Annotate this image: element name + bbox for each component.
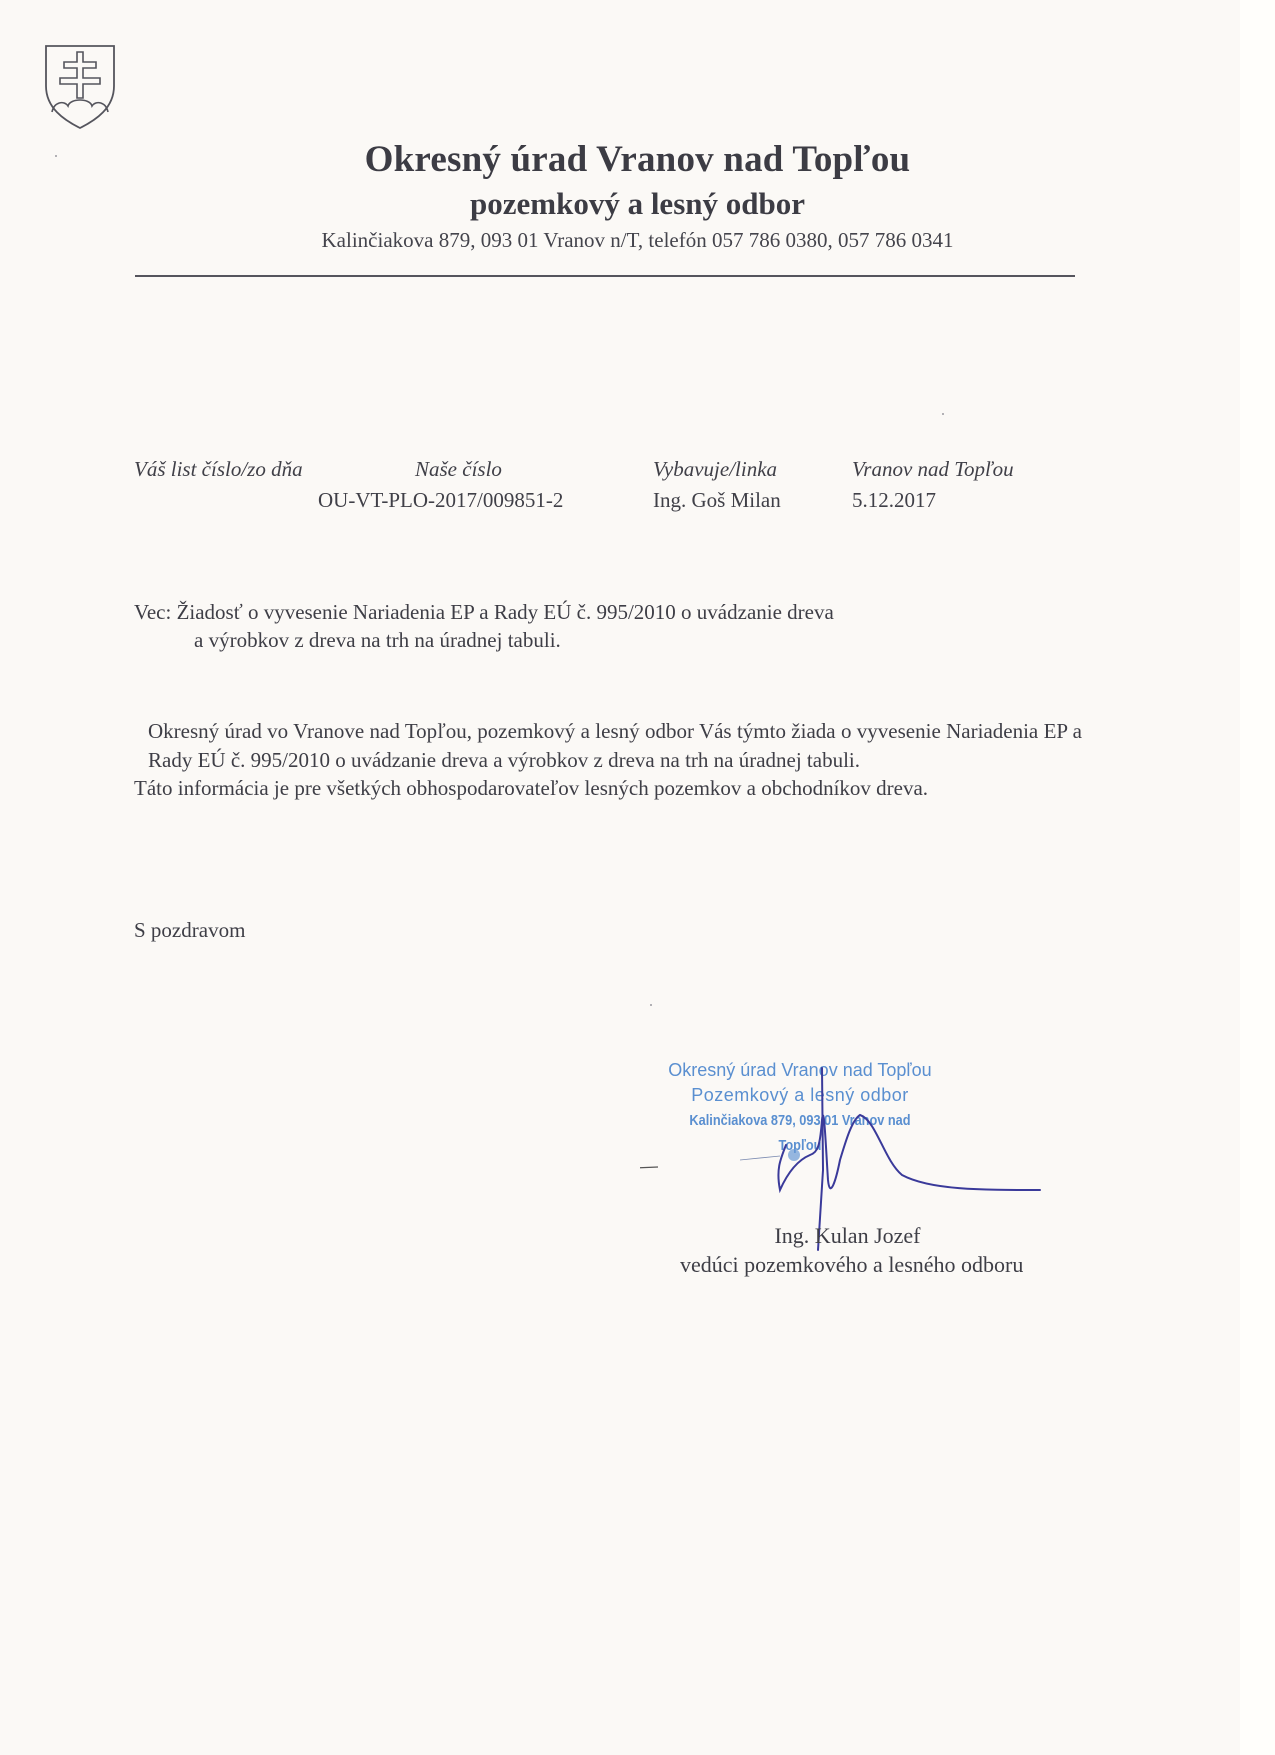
letter-body: Okresný úrad vo Vranove nad Topľou, poze… bbox=[134, 717, 1082, 803]
subject-line: Vec: Žiadosť o vyvesenie Nariadenia EP a… bbox=[134, 600, 834, 625]
label-place: Vranov nad Topľou bbox=[852, 457, 1014, 482]
signer-role: vedúci pozemkového a lesného odboru bbox=[680, 1252, 1023, 1278]
header-divider bbox=[135, 275, 1075, 277]
body-paragraph-info: Táto informácia je pre všetkých obhospod… bbox=[134, 774, 1082, 803]
letter-date: 5.12.2017 bbox=[852, 488, 936, 513]
office-address: Kalinčiakova 879, 093 01 Vranov n/T, tel… bbox=[0, 228, 1275, 253]
subject-line-continued: a výrobkov z dreva na trh na úradnej tab… bbox=[194, 628, 561, 653]
label-your-letter: Váš list číslo/zo dňa bbox=[134, 457, 303, 482]
department-name: pozemkový a lesný odbor bbox=[0, 186, 1275, 222]
label-handled-by: Vybavuje/linka bbox=[653, 457, 777, 482]
slovak-coat-of-arms-icon bbox=[40, 40, 120, 130]
scan-speck bbox=[650, 1004, 652, 1006]
scan-speck bbox=[942, 413, 944, 415]
our-reference-number: OU-VT-PLO-2017/009851-2 bbox=[318, 488, 563, 513]
signer-name: Ing. Kulan Jozef bbox=[0, 1223, 1275, 1249]
closing-greeting: S pozdravom bbox=[134, 918, 245, 943]
handled-by-name: Ing. Goš Milan bbox=[653, 488, 781, 513]
label-our-number: Naše číslo bbox=[415, 457, 502, 482]
office-title: Okresný úrad Vranov nad Topľou bbox=[0, 138, 1275, 181]
scan-margin-strip bbox=[1240, 0, 1275, 1755]
scan-speck bbox=[55, 155, 57, 157]
body-paragraph-request: Okresný úrad vo Vranove nad Topľou, poze… bbox=[134, 717, 1082, 774]
